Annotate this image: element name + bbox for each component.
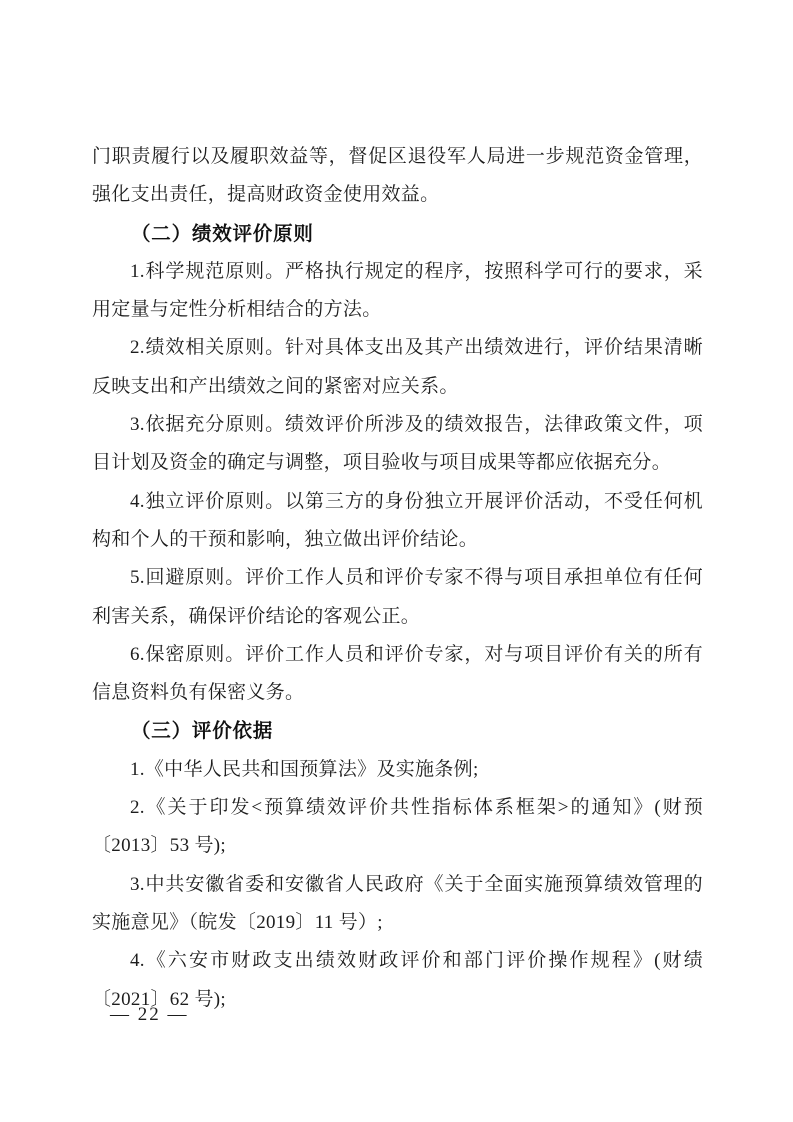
- heading-evaluation-basis: （三）评价依据: [92, 712, 703, 750]
- paragraph-principle-6-confidentiality: 6.保密原则。评价工作人员和评价专家，对与项目评价有关的所有信息资料负有保密义务…: [92, 636, 703, 713]
- paragraph-basis-2-indicator-framework-notice: 2.《关于印发<预算绩效评价共性指标体系框架>的通知》(财预〔2013〕53 号…: [92, 789, 703, 866]
- paragraph-basis-3-anhui-implementation-opinion: 3.中共安徽省委和安徽省人民政府《关于全面实施预算绩效管理的实施意见》（皖发〔2…: [92, 866, 703, 943]
- page-number: — 22 —: [110, 1004, 189, 1026]
- paragraph-principle-2-performance-related: 2.绩效相关原则。针对具体支出及其产出绩效进行，评价结果清晰反映支出和产出绩效之…: [92, 329, 703, 406]
- paragraph-principle-1-scientific: 1.科学规范原则。严格执行规定的程序，按照科学可行的要求，采用定量与定性分析相结…: [92, 253, 703, 330]
- heading-performance-evaluation-principles: （二）绩效评价原则: [92, 215, 703, 253]
- document-content: 门职责履行以及履职效益等，督促区退役军人局进一步规范资金管理，强化支出责任，提高…: [92, 138, 703, 1019]
- paragraph-continuation: 门职责履行以及履职效益等，督促区退役军人局进一步规范资金管理，强化支出责任，提高…: [92, 138, 703, 215]
- paragraph-principle-4-independent: 4.独立评价原则。以第三方的身份独立开展评价活动，不受任何机构和个人的干预和影响…: [92, 483, 703, 560]
- paragraph-principle-5-avoidance: 5.回避原则。评价工作人员和评价专家不得与项目承担单位有任何利害关系，确保评价结…: [92, 559, 703, 636]
- paragraph-basis-1-budget-law: 1.《中华人民共和国预算法》及实施条例;: [92, 751, 703, 789]
- paragraph-principle-3-sufficient-basis: 3.依据充分原则。绩效评价所涉及的绩效报告，法律政策文件，项目计划及资金的确定与…: [92, 406, 703, 483]
- document-page: 门职责履行以及履职效益等，督促区退役军人局进一步规范资金管理，强化支出责任，提高…: [0, 0, 793, 1122]
